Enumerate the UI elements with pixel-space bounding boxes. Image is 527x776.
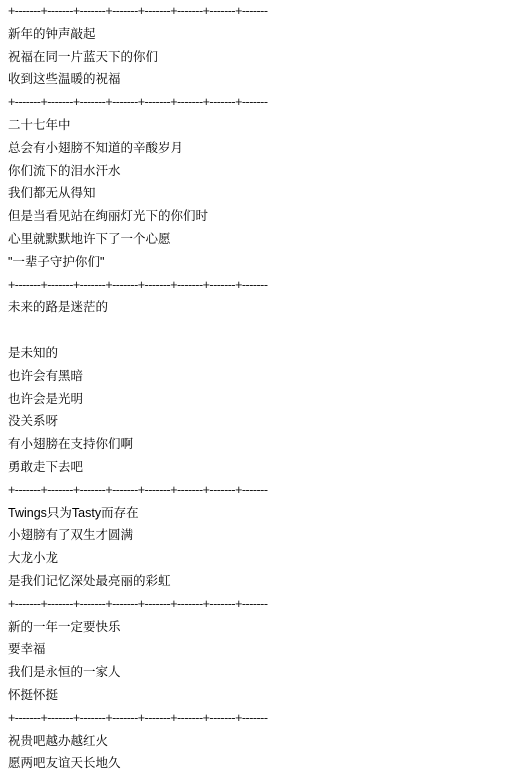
text-line: "一辈子守护你们"	[8, 251, 527, 274]
divider-line: +-------+-------+-------+-------+-------…	[8, 274, 527, 297]
divider-line: +-------+-------+-------+-------+-------…	[8, 479, 527, 502]
divider-line: +-------+-------+-------+-------+-------…	[8, 707, 527, 730]
document-body: +-------+-------+-------+-------+-------…	[0, 0, 527, 775]
text-line: 有小翅膀在支持你们啊	[8, 433, 527, 456]
text-line: 祝福在同一片蓝天下的你们	[8, 46, 527, 69]
text-line: Twings只为Tasty而存在	[8, 502, 527, 525]
text-line: 没关系呀	[8, 410, 527, 433]
text-line: 是我们记忆深处最亮丽的彩虹	[8, 570, 527, 593]
text-line: 总会有小翅膀不知道的辛酸岁月	[8, 137, 527, 160]
blank-line	[8, 319, 527, 342]
text-line: 我们都无从得知	[8, 182, 527, 205]
text-line: 你们流下的泪水汗水	[8, 160, 527, 183]
divider-line: +-------+-------+-------+-------+-------…	[8, 0, 527, 23]
text-line: 我们是永恒的一家人	[8, 661, 527, 684]
text-line: 二十七年中	[8, 114, 527, 137]
text-line: 新年的钟声敲起	[8, 23, 527, 46]
text-line: 要幸福	[8, 638, 527, 661]
text-line: 也许会是光明	[8, 388, 527, 411]
text-line: 未来的路是迷茫的	[8, 296, 527, 319]
text-line: 祝贵吧越办越红火	[8, 730, 527, 753]
text-line: 收到这些温暖的祝福	[8, 68, 527, 91]
text-line: 大龙小龙	[8, 547, 527, 570]
text-line: 怀挺怀挺	[8, 684, 527, 707]
text-line: 勇敢走下去吧	[8, 456, 527, 479]
text-line: 新的一年一定要快乐	[8, 616, 527, 639]
text-line: 小翅膀有了双生才圆满	[8, 524, 527, 547]
text-line: 是未知的	[8, 342, 527, 365]
text-line: 但是当看见站在绚丽灯光下的你们时	[8, 205, 527, 228]
divider-line: +-------+-------+-------+-------+-------…	[8, 593, 527, 616]
text-line: 心里就默默地许下了一个心愿	[8, 228, 527, 251]
text-line: 也许会有黑暗	[8, 365, 527, 388]
divider-line: +-------+-------+-------+-------+-------…	[8, 91, 527, 114]
text-line: 愿两吧友谊天长地久	[8, 752, 527, 775]
